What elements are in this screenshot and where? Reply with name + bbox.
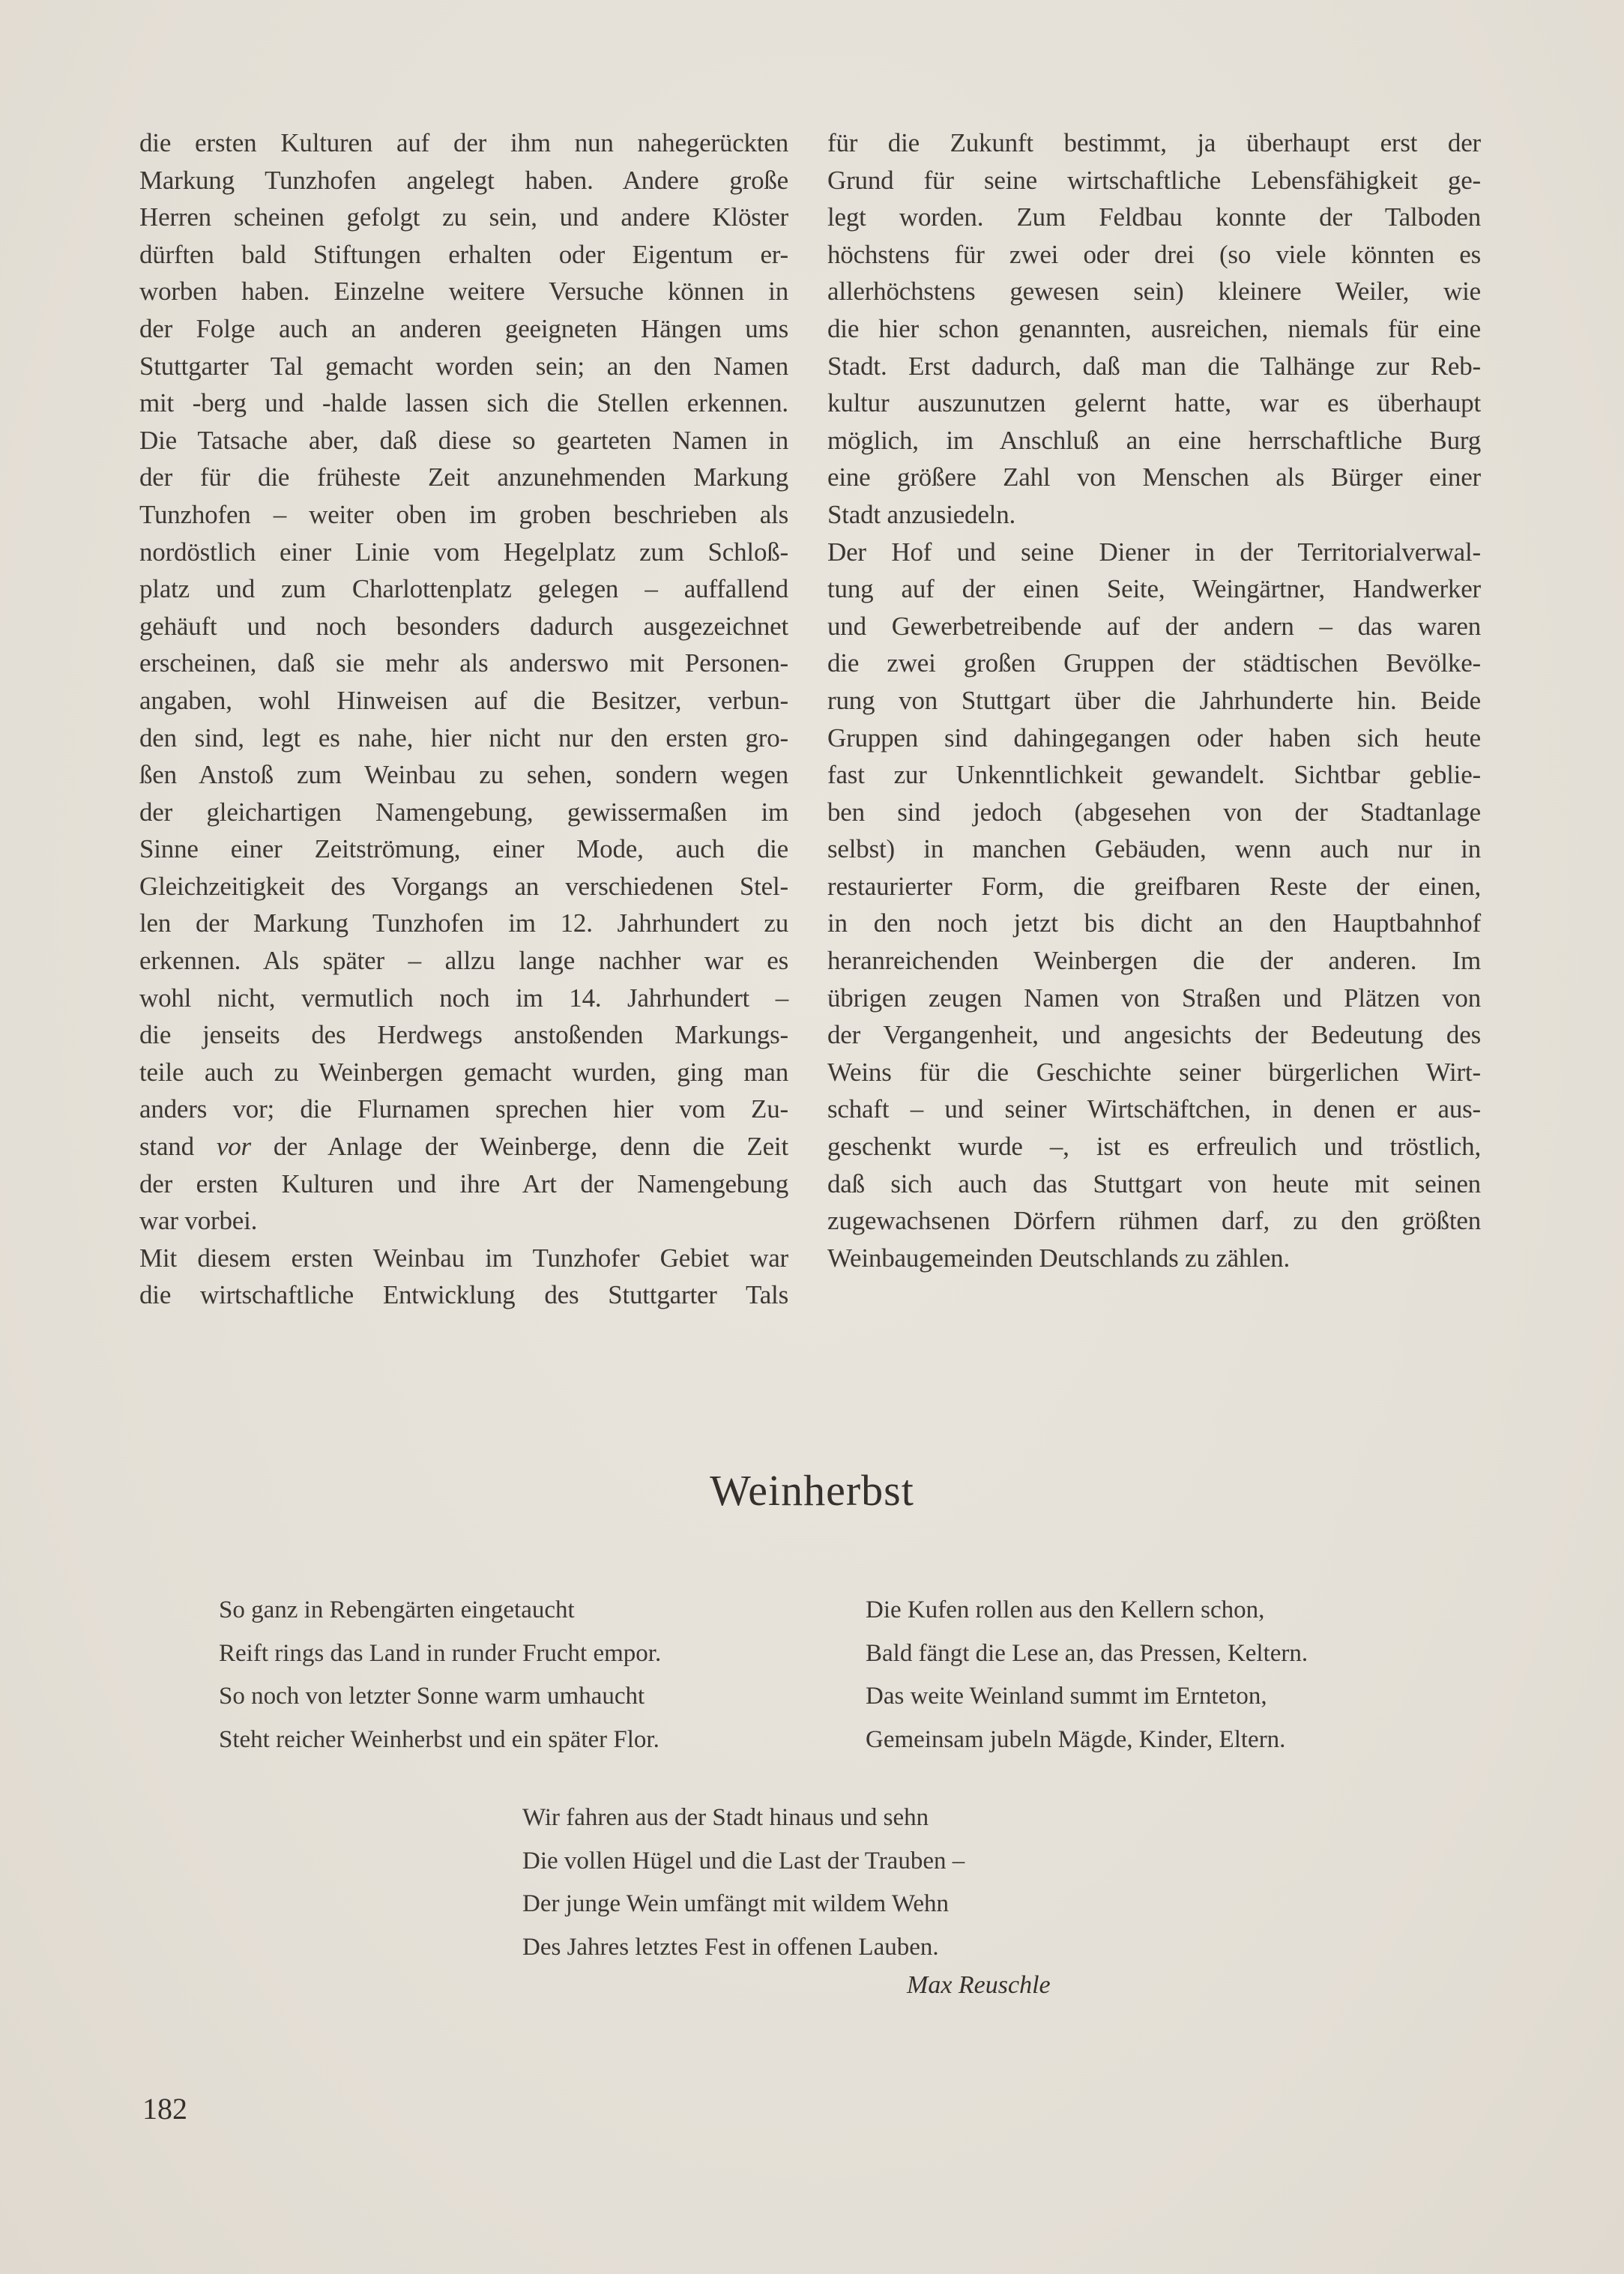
text-line: Tunzhofen – weiter oben im groben beschr…	[139, 496, 788, 534]
text-line: Weinbaugemeinden Deutschlands zu zählen.	[827, 1240, 1481, 1277]
italic-emphasis: vor	[217, 1132, 251, 1161]
text-line: die ersten Kulturen auf der ihm nun nahe…	[139, 124, 788, 162]
text-fragment: stand	[139, 1132, 194, 1161]
poem-verse: Die vollen Hügel und die Last der Traube…	[522, 1840, 965, 1884]
poem-title: Weinherbst	[0, 1465, 1624, 1516]
text-line: heranreichenden Weinbergen die der ander…	[827, 942, 1481, 980]
poem-verse: Die Kufen rollen aus den Kellern schon,	[866, 1589, 1308, 1632]
text-line: allerhöchstens gewesen sein) kleinere We…	[827, 273, 1481, 310]
poem-verse: Gemeinsam jubeln Mägde, Kinder, Eltern.	[866, 1719, 1308, 1762]
text-line: tung auf der einen Seite, Weingärtner, H…	[827, 570, 1481, 608]
text-line: Gruppen sind dahingegangen oder haben si…	[827, 720, 1481, 757]
text-line: rung von Stuttgart über die Jahrhunderte…	[827, 682, 1481, 720]
text-line: selbst) in manchen Gebäuden, wenn auch n…	[827, 830, 1481, 868]
text-line: fast zur Unkenntlichkeit gewandelt. Sich…	[827, 756, 1481, 794]
text-line: Herren scheinen gefolgt zu sein, und and…	[139, 199, 788, 236]
page-number: 182	[142, 2091, 187, 2126]
text-column-left: die ersten Kulturen auf der ihm nun nahe…	[139, 124, 788, 1314]
poem-stanza-1: So ganz in Rebengärten eingetaucht Reift…	[219, 1589, 661, 1761]
text-line: zugewachsenen Dörfern rühmen darf, zu de…	[827, 1202, 1481, 1240]
text-line: wohl nicht, vermutlich noch im 14. Jahrh…	[139, 980, 788, 1017]
text-line: dürften bald Stiftungen erhalten oder Ei…	[139, 236, 788, 274]
text-line: eine größere Zahl von Menschen als Bürge…	[827, 459, 1481, 496]
poem-verse: Das weite Weinland summt im Ernteton,	[866, 1675, 1308, 1719]
poem-verse: So noch von letzter Sonne warm umhaucht	[219, 1675, 661, 1719]
text-line: die zwei großen Gruppen der städtischen …	[827, 645, 1481, 682]
text-line: anders vor; die Flurnamen sprechen hier …	[139, 1091, 788, 1128]
poem-verse: Wir fahren aus der Stadt hinaus und sehn	[522, 1797, 965, 1840]
text-fragment: der Anlage der Weinberge, denn die Zeit	[274, 1132, 788, 1161]
text-line: Grund für seine wirtschaftliche Lebensfä…	[827, 162, 1481, 199]
text-line: Stadt. Erst dadurch, daß man die Talhäng…	[827, 348, 1481, 385]
text-line: Gleichzeitigkeit des Vorgangs an verschi…	[139, 868, 788, 905]
text-line: geschenkt wurde –, ist es erfreulich und…	[827, 1128, 1481, 1165]
text-line: Mit diesem ersten Weinbau im Tunzhofer G…	[139, 1240, 788, 1277]
text-line: legt worden. Zum Feldbau konnte der Talb…	[827, 199, 1481, 236]
text-line: die jenseits des Herdwegs anstoßenden Ma…	[139, 1016, 788, 1054]
poem-verse: Bald fängt die Lese an, das Pressen, Kel…	[866, 1632, 1308, 1676]
text-line: der Vergangenheit, und angesichts der Be…	[827, 1016, 1481, 1054]
text-line: len der Markung Tunzhofen im 12. Jahrhun…	[139, 905, 788, 942]
text-line: und Gewerbetreibende auf der andern – da…	[827, 608, 1481, 645]
text-line: Stuttgarter Tal gemacht worden sein; an …	[139, 348, 788, 385]
text-line: platz und zum Charlottenplatz gelegen – …	[139, 570, 788, 608]
text-column-right: für die Zukunft bestimmt, ja überhaupt e…	[827, 124, 1481, 1276]
text-line: möglich, im Anschluß an eine herrschaftl…	[827, 422, 1481, 459]
text-line: erkennen. Als später – allzu lange nachh…	[139, 942, 788, 980]
text-line: angaben, wohl Hinweisen auf die Besitzer…	[139, 682, 788, 720]
text-line: Weins für die Geschichte seiner bürgerli…	[827, 1054, 1481, 1091]
text-line: erscheinen, daß sie mehr als anderswo mi…	[139, 645, 788, 682]
text-line: restaurierter Form, die greifbaren Reste…	[827, 868, 1481, 905]
text-line: übrigen zeugen Namen von Straßen und Plä…	[827, 980, 1481, 1017]
text-line: der Folge auch an anderen geeigneten Hän…	[139, 310, 788, 348]
poem-verse: Steht reicher Weinherbst und ein später …	[219, 1719, 661, 1762]
text-line: nordöstlich einer Linie vom Hegelplatz z…	[139, 534, 788, 571]
text-line: Sinne einer Zeitströmung, einer Mode, au…	[139, 830, 788, 868]
book-page: die ersten Kulturen auf der ihm nun nahe…	[0, 0, 1624, 2274]
text-line: stand vor der Anlage der Weinberge, denn…	[139, 1128, 788, 1165]
poem-verse: Der junge Wein umfängt mit wildem Wehn	[522, 1883, 965, 1926]
text-line: den sind, legt es nahe, hier nicht nur d…	[139, 720, 788, 757]
text-line: der gleichartigen Namengebung, gewisserm…	[139, 794, 788, 831]
text-line: höchstens für zwei oder drei (so viele k…	[827, 236, 1481, 274]
text-line: die wirtschaftliche Entwicklung des Stut…	[139, 1276, 788, 1314]
poem-verse: Reift rings das Land in runder Frucht em…	[219, 1632, 661, 1676]
text-line: der ersten Kulturen und ihre Art der Nam…	[139, 1165, 788, 1203]
text-line: Der Hof und seine Diener in der Territor…	[827, 534, 1481, 571]
text-line: die hier schon genannten, ausreichen, ni…	[827, 310, 1481, 348]
text-line: war vorbei.	[139, 1202, 788, 1240]
text-line: daß sich auch das Stuttgart von heute mi…	[827, 1165, 1481, 1203]
text-line: der für die früheste Zeit anzunehmenden …	[139, 459, 788, 496]
poem-verse: So ganz in Rebengärten eingetaucht	[219, 1589, 661, 1632]
text-line: ben sind jedoch (abgesehen von der Stadt…	[827, 794, 1481, 831]
poem-verse: Des Jahres letztes Fest in offenen Laube…	[522, 1926, 965, 1970]
poem-stanza-2: Die Kufen rollen aus den Kellern schon, …	[866, 1589, 1308, 1761]
text-line: worben haben. Einzelne weitere Versuche …	[139, 273, 788, 310]
text-line: ßen Anstoß zum Weinbau zu sehen, sondern…	[139, 756, 788, 794]
text-line: kultur auszunutzen gelernt hatte, war es…	[827, 384, 1481, 422]
poem-stanza-3: Wir fahren aus der Stadt hinaus und sehn…	[522, 1797, 965, 1969]
text-line: Markung Tunzhofen angelegt haben. Andere…	[139, 162, 788, 199]
text-line: schaft – und seiner Wirtschäftchen, in d…	[827, 1091, 1481, 1128]
poem-author: Max Reuschle	[907, 1971, 1051, 2000]
text-line: in den noch jetzt bis dicht an den Haupt…	[827, 905, 1481, 942]
text-line: Stadt anzusiedeln.	[827, 496, 1481, 534]
text-line: teile auch zu Weinbergen gemacht wurden,…	[139, 1054, 788, 1091]
text-line: Die Tatsache aber, daß diese so geartete…	[139, 422, 788, 459]
text-line: für die Zukunft bestimmt, ja überhaupt e…	[827, 124, 1481, 162]
text-line: gehäuft und noch besonders dadurch ausge…	[139, 608, 788, 645]
text-line: mit -berg und -halde lassen sich die Ste…	[139, 384, 788, 422]
